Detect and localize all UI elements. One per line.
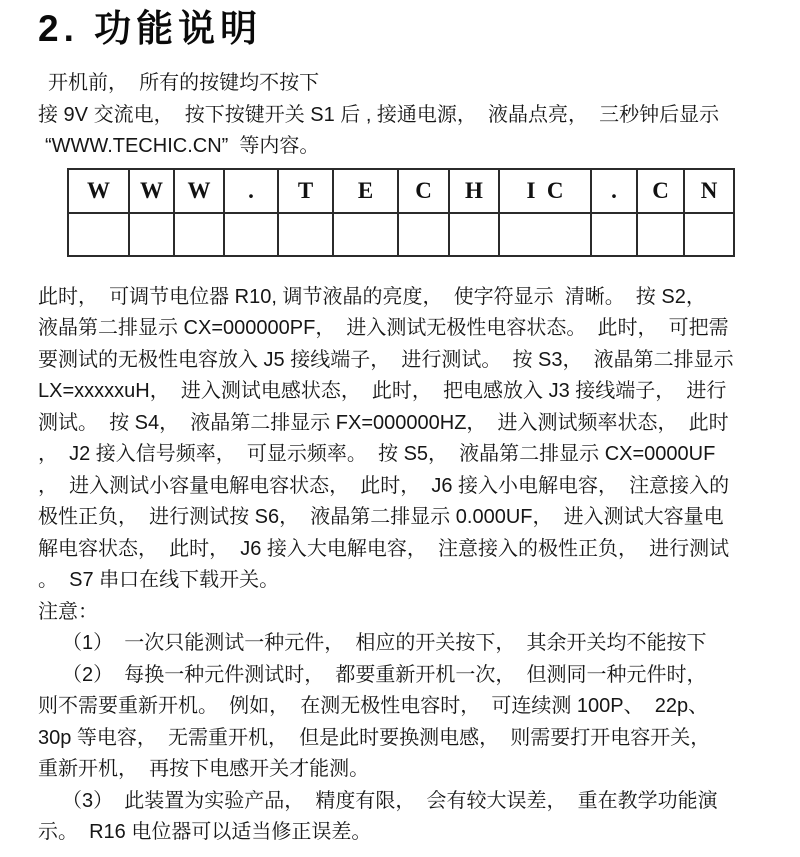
lcd-cell: W [129,169,174,213]
body-line: 测试。 按 S4， 液晶第二排显示 FX=000000HZ， 进入测试频率状态，… [38,408,770,440]
lcd-cell-empty [499,213,591,256]
lcd-cell: . [224,169,278,213]
lcd-cell-empty [333,213,398,256]
lcd-table: W W W . T E C H I C . C N [67,168,735,257]
page-title: 2. 功能说明 [38,6,770,52]
lcd-cell-empty [224,213,278,256]
lcd-cell-empty [174,213,224,256]
lcd-cell: . [591,169,637,213]
body-line: LX=xxxxxuH， 进入测试电感状态， 此时， 把电感放入 J3 接线端子，… [38,376,770,408]
body-line: 此时， 可调节电位器 R10, 调节液晶的亮度， 使字符显示 清晰。 按 S2， [38,282,770,314]
lcd-cell: E [333,169,398,213]
note-line: （2） 每换一种元件测试时， 都要重新开机一次， 但测同一种元件时， [38,660,770,692]
lcd-cell: H [449,169,499,213]
note-line: 示。 R16 电位器可以适当修正误差。 [38,817,770,849]
lcd-cell: T [278,169,333,213]
body-line: 解电容状态， 此时， J6 接入大电解电容， 注意接入的极性正负， 进行测试 [38,534,770,566]
body-line: ， 进入测试小容量电解电容状态， 此时， J6 接入小电解电容， 注意接入的 [38,471,770,503]
intro-line-3: “WWW.TECHIC.CN” 等内容。 [38,131,770,163]
lcd-cell-empty [68,213,129,256]
note-line: （1） 一次只能测试一种元件， 相应的开关按下， 其余开关均不能按下 [38,628,770,660]
note-line: 则不需要重新开机。 例如， 在测无极性电容时， 可连续测 100P、 22p、 [38,691,770,723]
main-text: 此时， 可调节电位器 R10, 调节液晶的亮度， 使字符显示 清晰。 按 S2，… [38,282,770,849]
intro-paragraph: 开机前， 所有的按键均不按下 接 9V 交流电， 按下按键开关 S1 后 , 接… [38,68,770,163]
lcd-row-characters: W W W . T E C H I C . C N [68,169,734,213]
body-line: 极性正负， 进行测试按 S6， 液晶第二排显示 0.000UF， 进入测试大容量… [38,502,770,534]
lcd-cell: N [684,169,734,213]
lcd-cell-empty [449,213,499,256]
lcd-cell: I C [499,169,591,213]
lcd-cell: C [398,169,449,213]
intro-line-2: 接 9V 交流电， 按下按键开关 S1 后 , 接通电源， 液晶点亮， 三秒钟后… [38,100,770,132]
lcd-cell-empty [278,213,333,256]
body-line: 液晶第二排显示 CX=000000PF， 进入测试无极性电容状态。 此时， 可把… [38,313,770,345]
lcd-cell-empty [591,213,637,256]
body-line: ， J2 接入信号频率， 可显示频率。 按 S5， 液晶第二排显示 CX=000… [38,439,770,471]
note-line: （3） 此装置为实验产品， 精度有限， 会有较大误差， 重在教学功能演 [38,786,770,818]
notes-label: 注意： [38,597,770,629]
lcd-cell-empty [129,213,174,256]
intro-line-1: 开机前， 所有的按键均不按下 [38,68,770,100]
lcd-row-empty [68,213,734,256]
lcd-cell-empty [684,213,734,256]
body-line: 。 S7 串口在线下载开关。 [38,565,770,597]
lcd-cell-empty [398,213,449,256]
lcd-cell-empty [637,213,684,256]
lcd-cell: W [68,169,129,213]
lcd-cell: W [174,169,224,213]
note-line: 30p 等电容， 无需重开机， 但是此时要换测电感， 则需要打开电容开关， [38,723,770,755]
body-line: 要测试的无极性电容放入 J5 接线端子， 进行测试。 按 S3， 液晶第二排显示 [38,345,770,377]
note-line: 重新开机， 再按下电感开关才能测。 [38,754,770,786]
document-page: 2. 功能说明 开机前， 所有的按键均不按下 接 9V 交流电， 按下按键开关 … [0,6,800,849]
lcd-cell: C [637,169,684,213]
